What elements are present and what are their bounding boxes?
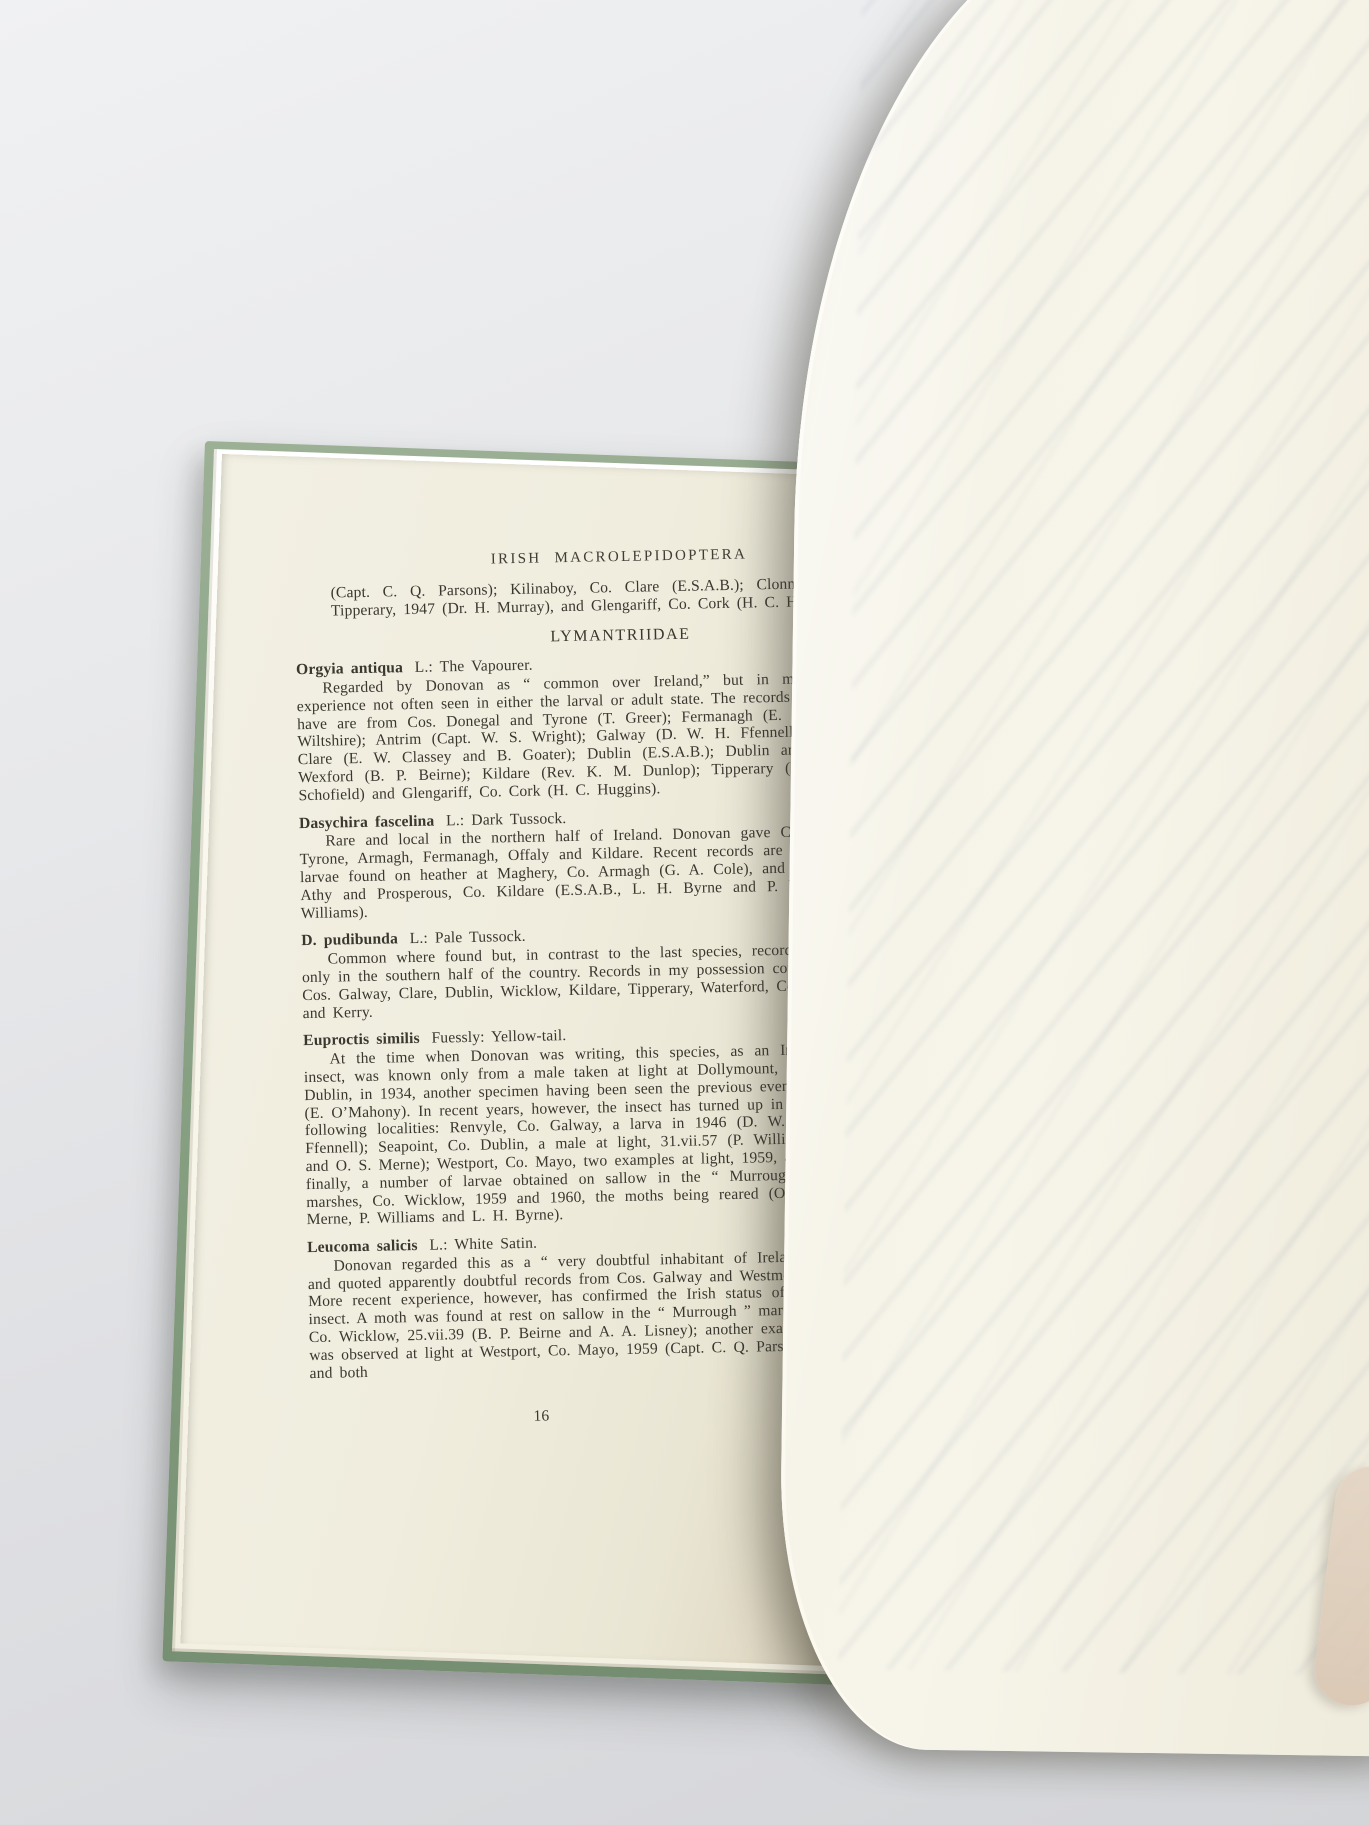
- species-authority: L.: Dark Tussock.: [446, 810, 567, 829]
- species-name: D. pudibunda: [301, 931, 398, 950]
- species-description: Regarded by Donovan as “ common over Ire…: [296, 670, 804, 804]
- species-authority: L.: White Satin.: [429, 1235, 537, 1254]
- species-name: Dasychira fascelina: [299, 812, 435, 832]
- species-name: Leucoma salicis: [307, 1237, 418, 1256]
- species-name: Orgyia antiqua: [296, 659, 403, 678]
- species-authority: L.: Pale Tussock.: [410, 928, 526, 947]
- page-number: 16: [288, 1403, 794, 1431]
- left-page: IRISH MACROLEPIDOPTERA (Capt. C. Q. Pars…: [180, 454, 879, 1666]
- species-description: Rare and local in the northern half of I…: [299, 824, 807, 923]
- species-entry: D. pudibunda L.: Pale Tussock. Common wh…: [301, 923, 809, 1023]
- continuation-paragraph: (Capt. C. Q. Parsons); Kilinaboy, Co. Cl…: [330, 574, 851, 620]
- species-description: At the time when Donovan was writing, th…: [303, 1042, 812, 1230]
- open-book: IRISH MACROLEPIDOPTERA (Capt. C. Q. Pars…: [0, 0, 1369, 1825]
- photo-background: IRISH MACROLEPIDOPTERA (Capt. C. Q. Pars…: [0, 0, 1369, 1825]
- bleed-through-text: [838, 0, 1369, 1677]
- species-name: Euproctis similis: [303, 1030, 420, 1049]
- species-entry: Dasychira fascelina L.: Dark Tussock. Ra…: [299, 805, 807, 922]
- species-authority: L.: The Vapourer.: [415, 657, 533, 676]
- species-entry: Leucoma salicis L.: White Satin. Donovan…: [307, 1229, 816, 1382]
- species-description: Common where found but, in contrast to t…: [301, 942, 808, 1023]
- turning-page: [777, 0, 1369, 1757]
- species-entry: Orgyia antiqua L.: The Vapourer. Regarde…: [296, 652, 805, 805]
- species-entry: Euproctis similis Fuessly: Yellow-tail. …: [303, 1023, 813, 1229]
- species-description: Donovan regarded this as a “ very doubtf…: [307, 1248, 815, 1382]
- species-authority: Fuessly: Yellow-tail.: [431, 1027, 566, 1047]
- text-block: IRISH MACROLEPIDOPTERA (Capt. C. Q. Pars…: [294, 546, 817, 1431]
